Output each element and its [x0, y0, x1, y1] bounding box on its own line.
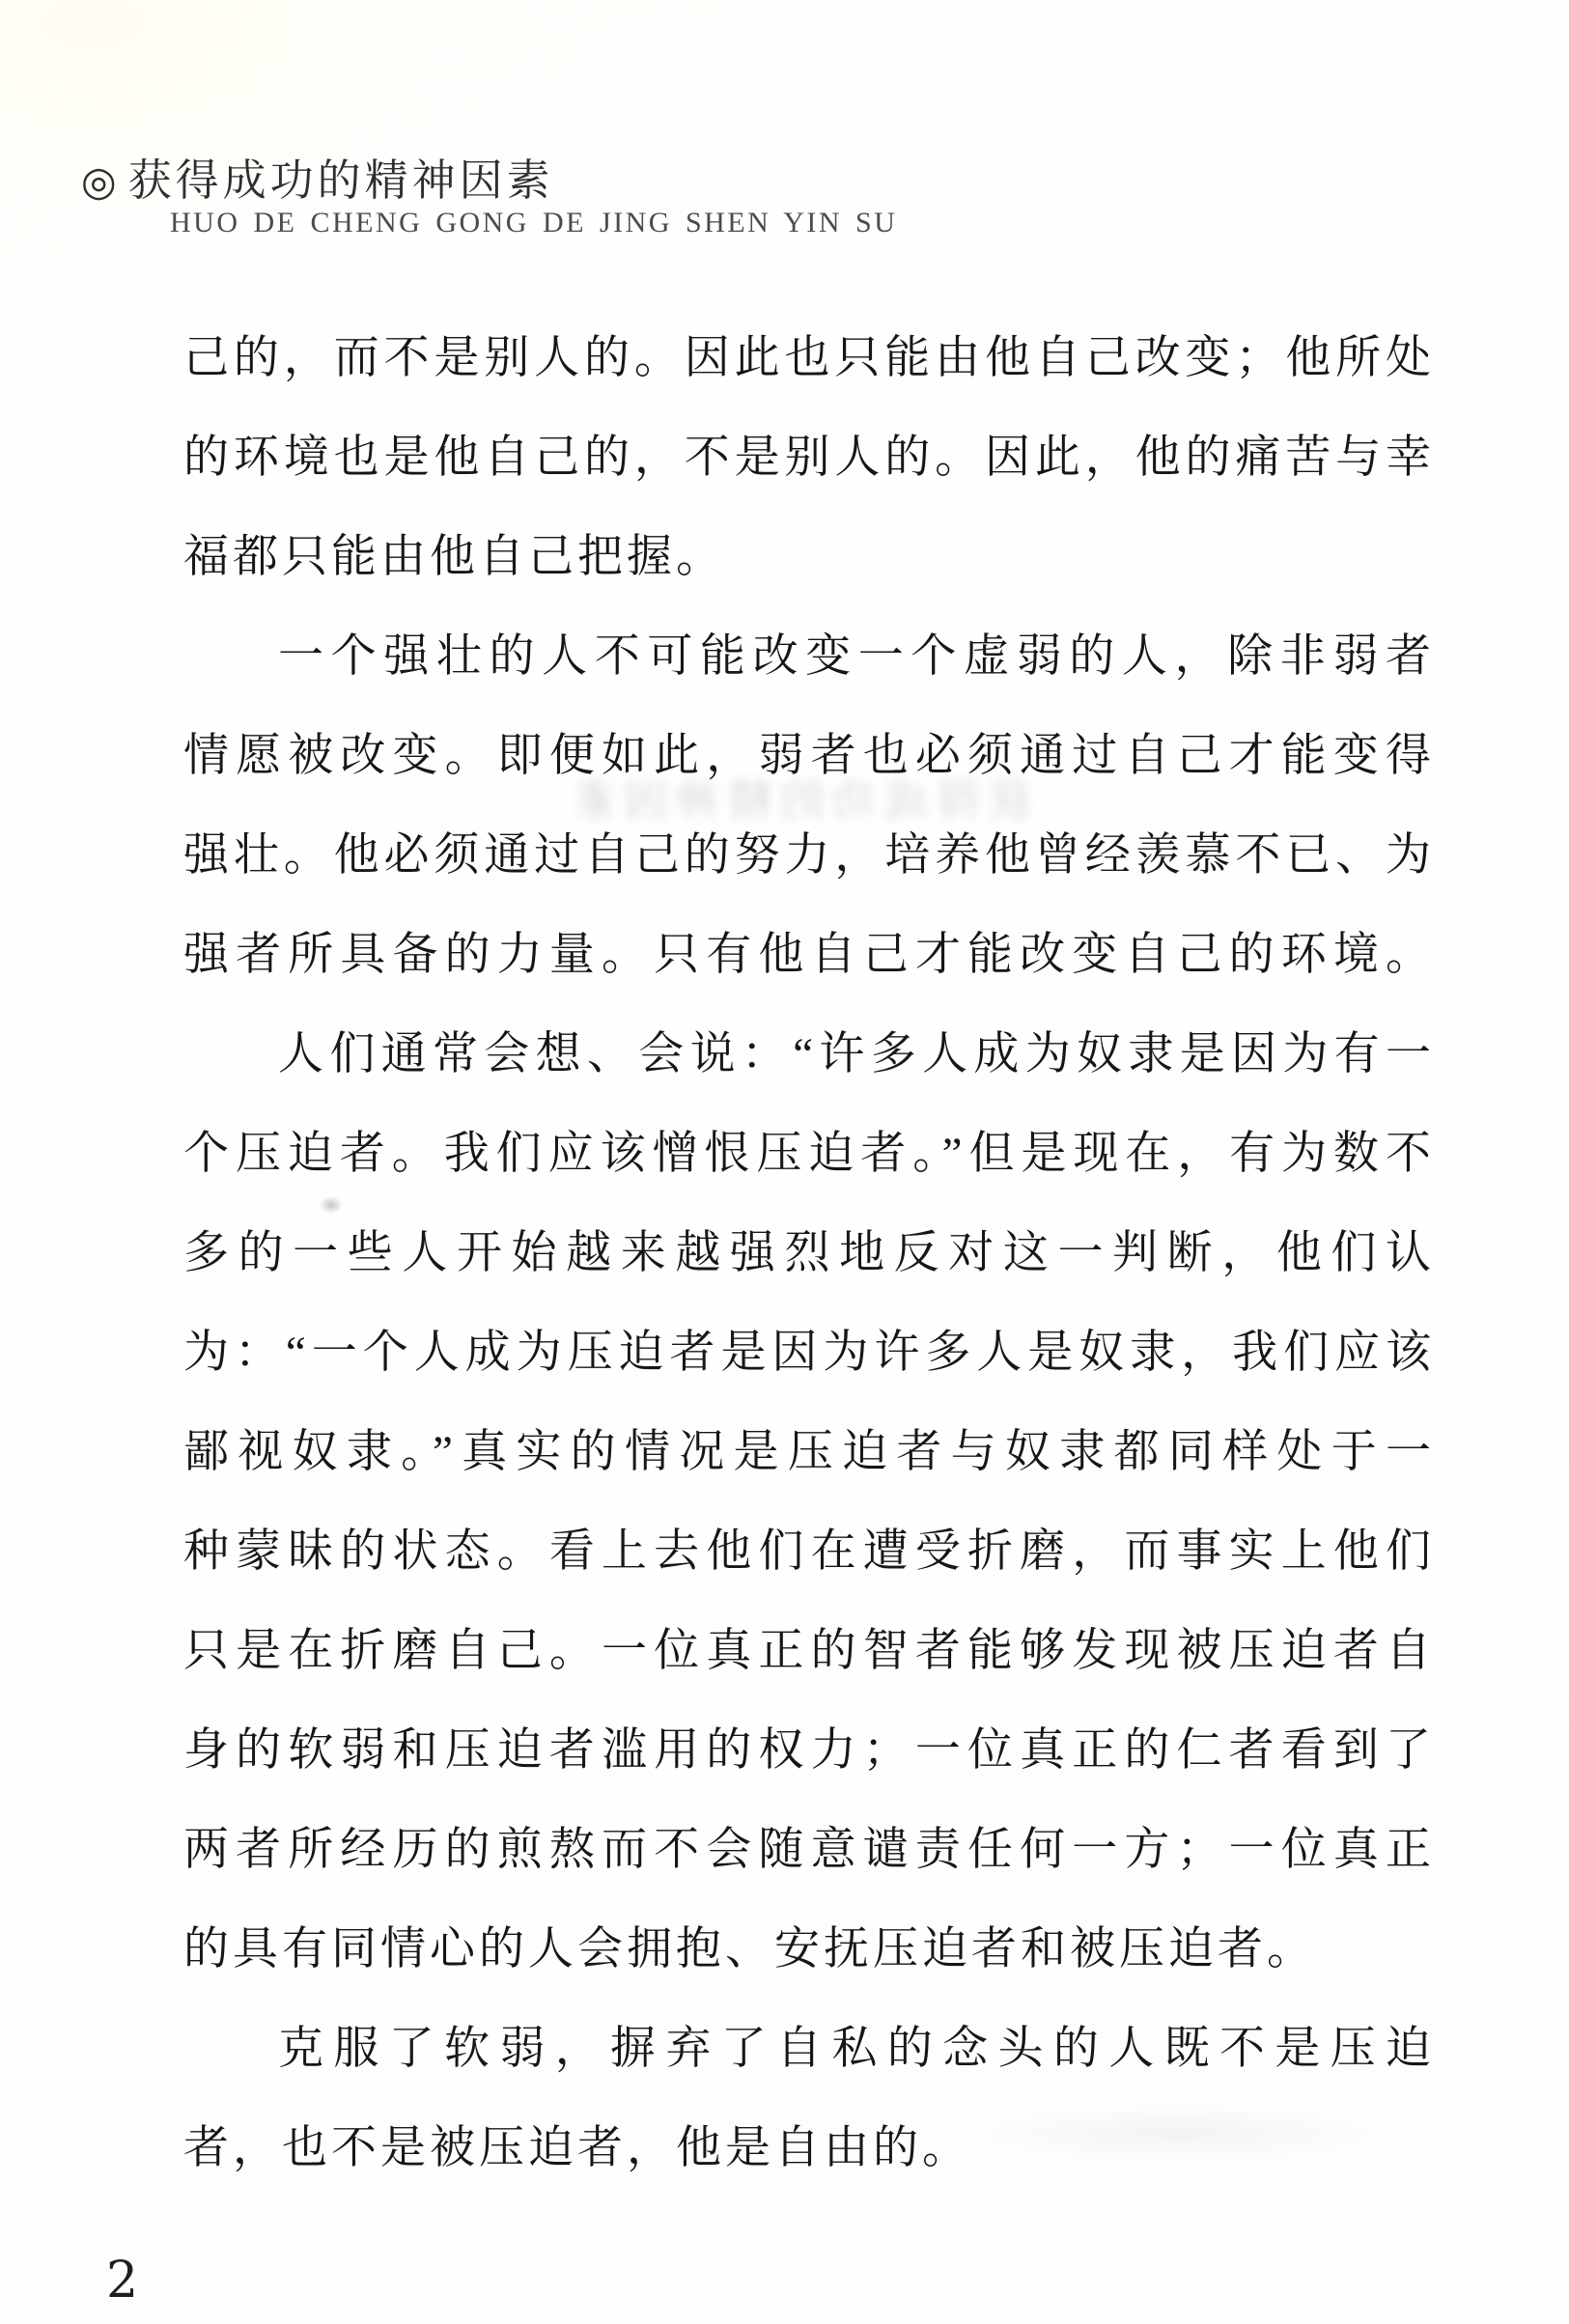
text-line: 个压迫者。我们应该憎恨压迫者。”但是现在，有为数不 — [183, 1105, 1435, 1204]
chapter-title: ◎获得成功的精神因素 — [81, 145, 554, 208]
text-line: 种蒙昧的状态。看上去他们在遭受折磨，而事实上他们 — [183, 1502, 1435, 1602]
text-line: 鄙视奴隶。”真实的情况是压迫者与奴隶都同样处于一 — [183, 1403, 1435, 1502]
text-line: 只是在折磨自己。一位真正的智者能够发现被压迫者自 — [183, 1602, 1435, 1701]
chapter-title-romanization: HUO DE CHENG GONG DE JING SHEN YIN SU — [170, 207, 897, 239]
text-line: 克服了软弱，摒弃了自私的念头的人既不是压迫 — [183, 2000, 1435, 2099]
text-line: 的具有同情心的人会拥抱、安抚压迫者和被压迫者。 — [183, 1900, 1435, 2000]
text-line: 身的软弱和压迫者滥用的权力；一位真正的仁者看到了 — [183, 1701, 1435, 1801]
section-marker-icon: ◎ — [81, 160, 121, 205]
text-line: 强壮。他必须通过自己的努力，培养他曾经羡慕不已、为 — [183, 806, 1435, 906]
body-text: 己的，而不是别人的。因此也只能由他自己改变；他所处的环境也是他自己的，不是别人的… — [183, 309, 1435, 2198]
text-line: 情愿被改变。即便如此，弱者也必须通过自己才能变得 — [183, 707, 1435, 806]
book-page: ◎获得成功的精神因素 HUO DE CHENG GONG DE JING SHE… — [0, 0, 1569, 2324]
text-line: 福都只能由他自己把握。 — [183, 508, 1435, 607]
text-line: 的环境也是他自己的，不是别人的。因此，他的痛苦与幸 — [183, 408, 1435, 508]
text-line: 两者所经历的煎熬而不会随意谴责任何一方；一位真正 — [183, 1801, 1435, 1900]
chapter-title-text: 获得成功的精神因素 — [128, 156, 554, 205]
text-line: 多的一些人开始越来越强烈地反对这一判断，他们认 — [183, 1204, 1435, 1303]
text-line: 为：“一个人成为压迫者是因为许多人是奴隶，我们应该 — [183, 1303, 1435, 1403]
text-line: 人们通常会想、会说：“许多人成为奴隶是因为有一 — [183, 1005, 1435, 1105]
text-line: 强者所具备的力量。只有他自己才能改变自己的环境。 — [183, 906, 1435, 1005]
text-line: 己的，而不是别人的。因此也只能由他自己改变；他所处 — [183, 309, 1435, 408]
text-line: 者，也不是被压迫者，他是自由的。 — [183, 2099, 1435, 2198]
text-line: 一个强壮的人不可能改变一个虚弱的人，除非弱者 — [183, 607, 1435, 707]
page-number: 2 — [106, 2252, 138, 2310]
